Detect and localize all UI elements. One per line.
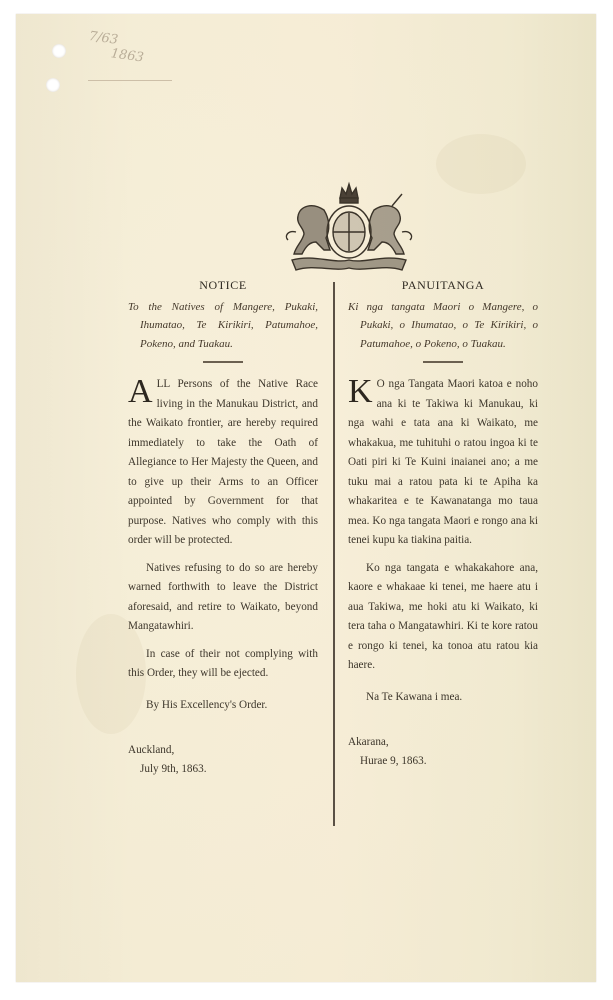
column-divider: [333, 282, 335, 826]
place-date: Auckland, July 9th, 1863.: [128, 741, 318, 779]
drop-cap: A: [128, 377, 153, 407]
english-column: NOTICE To the Natives of Mangere, Pukaki…: [128, 276, 318, 779]
place-date: Akarana, Hurae 9, 1863.: [348, 733, 538, 771]
panuitanga-subtitle: Ki nga tangata Maori o Mangere, o Pukaki…: [348, 298, 538, 354]
panuitanga-title: PANUITANGA: [348, 276, 538, 296]
pencil-rule: [88, 80, 172, 81]
notice-paragraph-3: In case of their not complying with this…: [128, 645, 318, 684]
order-line: Na Te Kawana i mea.: [348, 688, 538, 708]
short-rule: [423, 361, 463, 363]
pencil-annotation: 7/63 1863: [83, 30, 179, 92]
paragraph-text: O nga Tangata Maori katoa e noho ana ki …: [348, 378, 538, 546]
punch-hole: [52, 44, 66, 58]
panuitanga-paragraph-1: KO nga Tangata Maori katoa e noho ana ki…: [348, 375, 538, 551]
notice-paragraph-1: ALL Persons of the Native Race living in…: [128, 375, 318, 551]
royal-coat-of-arms-icon: [274, 180, 424, 276]
notice-title: NOTICE: [128, 276, 318, 296]
place: Auckland,: [128, 741, 318, 760]
punch-hole: [46, 78, 60, 92]
paragraph-text: LL Persons of the Native Race living in …: [128, 378, 318, 546]
order-line: By His Excellency's Order.: [128, 696, 318, 716]
paper-stain: [436, 134, 526, 194]
maori-column: PANUITANGA Ki nga tangata Maori o Manger…: [348, 276, 538, 771]
document-page: 7/63 1863 NOTICE To the Natives of: [16, 14, 596, 982]
date: Hurae 9, 1863.: [348, 752, 538, 771]
panuitanga-paragraph-2: Ko nga tangata e whakakahore ana, kaore …: [348, 559, 538, 676]
drop-cap: K: [348, 377, 373, 407]
notice-paragraph-2: Natives refusing to do so are hereby war…: [128, 559, 318, 637]
date: July 9th, 1863.: [128, 760, 318, 779]
short-rule: [203, 361, 243, 363]
place: Akarana,: [348, 733, 538, 752]
notice-subtitle: To the Natives of Mangere, Pukaki, Ihuma…: [128, 298, 318, 354]
